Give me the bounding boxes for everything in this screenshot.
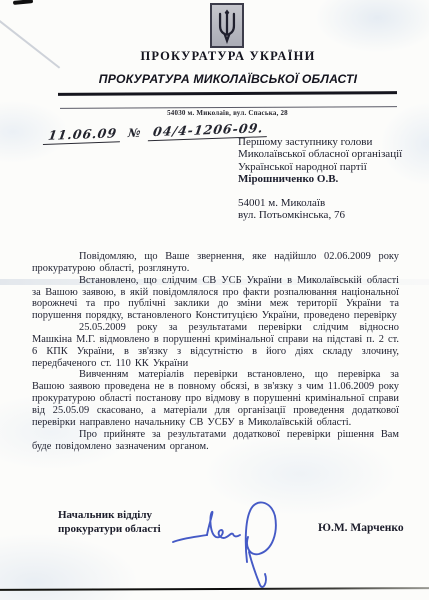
signer-title-line: прокуратури області (58, 523, 161, 537)
paragraph-4: Вивченням матеріалів перевірки встановле… (32, 369, 399, 428)
recipient-postal-line: вул. Потьомкінська, 76 (238, 209, 402, 221)
paragraph-3: 25.05.2009 року за результатами перевірк… (32, 322, 399, 369)
recipient-name: Мірошниченко О.В. (238, 173, 402, 185)
ukraine-trident-emblem (210, 3, 244, 48)
signer-title-line: Начальник відділу (58, 509, 161, 523)
recipient-block: Першому заступнику голови Миколаївської … (238, 136, 402, 221)
letterhead-divider-thick (58, 91, 397, 96)
paragraph-1: Повідомляю, що Ваше звернення, яке надій… (32, 251, 399, 275)
trident-icon (214, 8, 240, 44)
office-address: 54030 м. Миколаїв, вул. Спаська, 28 (58, 109, 397, 117)
scan-artifact-dash (13, 0, 33, 4)
handwritten-date: 11.06.09 (43, 125, 122, 145)
recipient-postal-line: 54001 м. Миколаїв (238, 197, 402, 209)
recipient-line: Миколаївської обласної організації (238, 148, 402, 160)
paragraph-5: Про прийняте за результатами додаткової … (32, 429, 399, 453)
paragraph-2: Встановлено, що слідчим СВ УСБ України в… (32, 275, 399, 322)
scanned-letter-page: ПРОКУРАТУРА УКРАЇНИ ПРОКУРАТУРА МИКОЛАЇВ… (0, 0, 429, 600)
recipient-line: Української народної партії (238, 161, 402, 173)
signer-name: Ю.М. Марченко (318, 522, 404, 534)
signer-title: Начальник відділу прокуратури області (58, 509, 161, 537)
recipient-line: Першому заступнику голови (238, 136, 402, 148)
org-title: ПРОКУРАТУРА УКРАЇНИ (28, 49, 428, 64)
org-subtitle: ПРОКУРАТУРА МИКОЛАЇВСЬКОЇ ОБЛАСТІ (28, 72, 428, 86)
letter-body: Повідомляю, що Ваше звернення, яке надій… (32, 251, 399, 452)
handwritten-reference: 11.06.09 № 04/4-1206-09. (44, 120, 268, 145)
number-sign: № (128, 125, 142, 140)
handwritten-signature (158, 487, 303, 599)
